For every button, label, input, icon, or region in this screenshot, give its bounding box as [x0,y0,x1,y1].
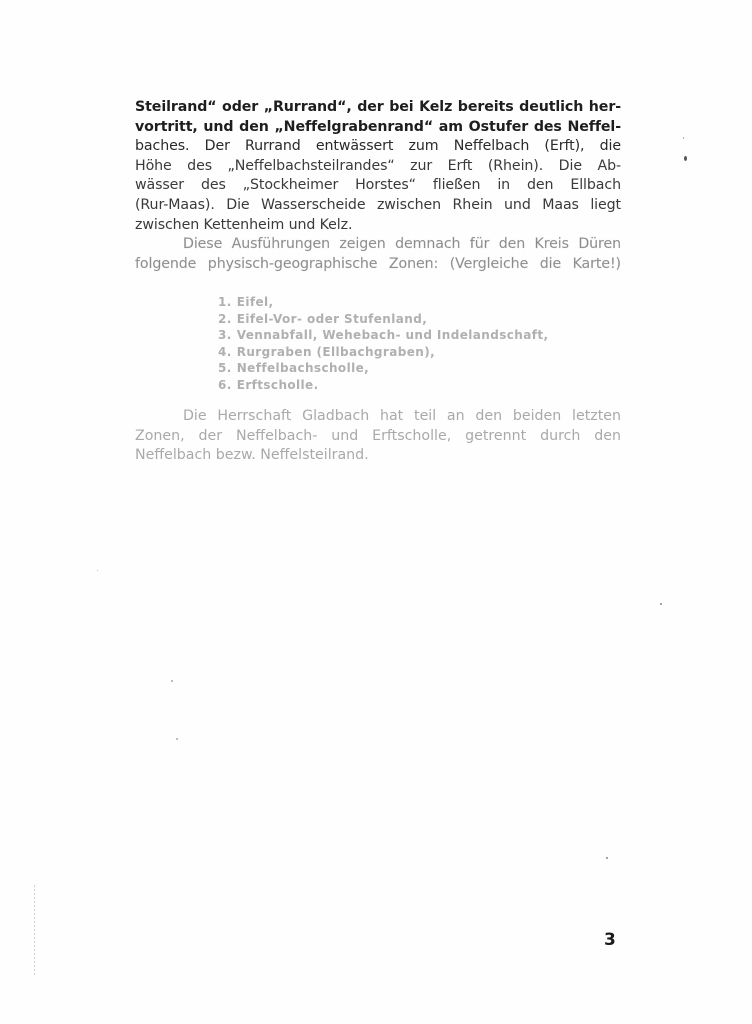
scan-speck [176,738,178,740]
text-line: (Rur-Maas). Die Wasserscheide zwischen R… [135,196,621,216]
list-item: 3.Vennabfall, Wehebach- und Indelandscha… [218,327,618,344]
scan-speck [171,680,173,682]
text-line: folgende physisch-geographische Zonen: (… [135,255,621,275]
list-label: Rurgraben (Ellbachgraben), [237,345,435,359]
list-item: 4.Rurgraben (Ellbachgraben), [218,344,618,361]
list-item: 6.Erftscholle. [218,377,618,394]
scan-speck [97,570,98,571]
scan-speck [684,156,687,161]
text-line: wässer des „Stockheimer Horstes“ fließen… [135,176,621,196]
text-line: Neffelbach bezw. Neffelsteilrand. [135,446,621,466]
scan-speck [660,603,662,605]
zones-list: 1.Eifel, 2.Eifel-Vor- oder Stufenland, 3… [218,294,618,394]
list-label: Vennabfall, Wehebach- und Indelandschaft… [237,328,549,342]
page-number: 3 [604,930,616,950]
list-number: 3. [218,328,232,342]
text-line: zwischen Kettenheim und Kelz. [135,216,621,236]
list-number: 4. [218,345,232,359]
scanned-page: Steilrand“ oder „Rurrand“, der bei Kelz … [0,0,752,1024]
list-label: Erftscholle. [237,378,319,392]
list-item: 2.Eifel-Vor- oder Stufenland, [218,311,618,328]
scan-speck [606,857,608,859]
list-number: 6. [218,378,232,392]
paragraph-drainage: Steilrand“ oder „Rurrand“, der bei Kelz … [135,98,621,274]
text-line: baches. Der Rurrand entwässert zum Neffe… [135,137,621,157]
paragraph-herrschaft: Die Herrschaft Gladbach hat teil an den … [135,407,621,466]
text-line: Die Herrschaft Gladbach hat teil an den … [135,407,621,427]
list-label: Neffelbachscholle, [237,361,369,375]
list-label: Eifel, [237,295,274,309]
list-number: 2. [218,312,232,326]
text-line: Zonen, der Neffelbach- und Erftscholle, … [135,427,621,447]
text-line: vortritt, und den „Neffelgrabenrand“ am … [135,118,621,138]
text-line: Diese Ausführungen zeigen demnach für de… [135,235,621,255]
text-line: Steilrand“ oder „Rurrand“, der bei Kelz … [135,98,621,118]
list-item: 1.Eifel, [218,294,618,311]
list-label: Eifel-Vor- oder Stufenland, [237,312,427,326]
text-line: Höhe des „Neffelbachsteilrandes“ zur Erf… [135,157,621,177]
list-item: 5.Neffelbachscholle, [218,360,618,377]
scan-speck [683,137,684,139]
list-number: 1. [218,295,232,309]
list-number: 5. [218,361,232,375]
scan-edge-artifact [34,885,35,975]
